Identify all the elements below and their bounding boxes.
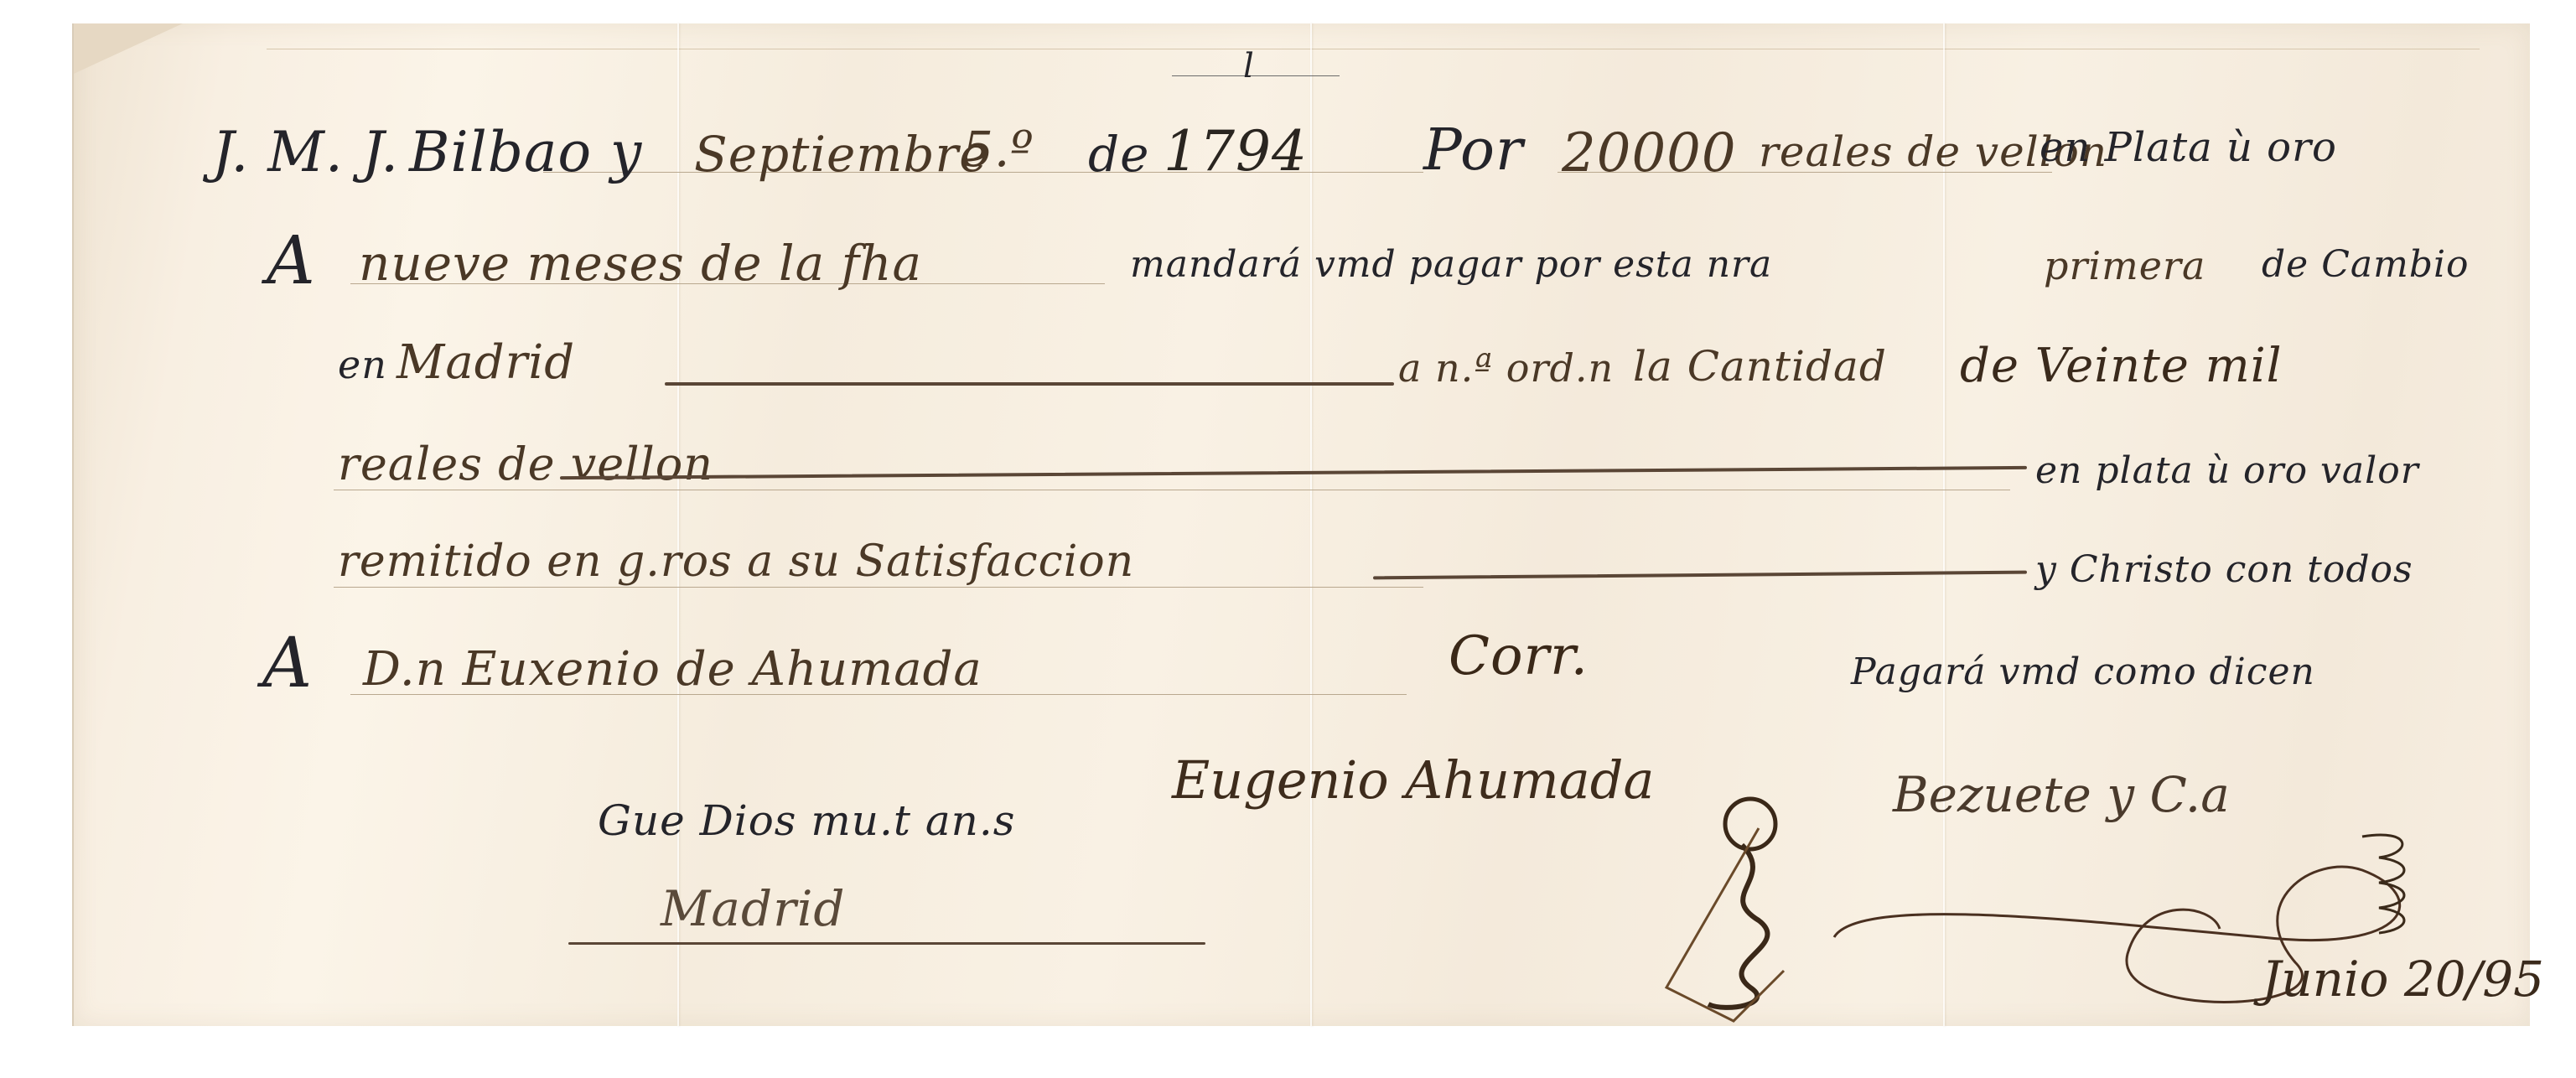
annotation-corr: Corr. (1449, 625, 1589, 687)
amount-words: de Veinte mil (1960, 339, 2283, 393)
closing-rule (568, 942, 1205, 945)
fill-rule (560, 466, 2027, 479)
term: nueve meses de la fha (359, 235, 922, 292)
printed-de-cambio: de Cambio (2262, 243, 2470, 286)
printed-a-addressee: A (262, 624, 313, 703)
top-mark: l (1243, 47, 1255, 86)
drawer-signature: Eugenio Ahumada (1172, 749, 1654, 811)
closing-place: Madrid (661, 880, 846, 937)
top-mark-line (1172, 75, 1340, 76)
invocation-jmj: J. M. J. (212, 120, 399, 184)
document-paper: l J. M. J. Bilbao y Septiembre 5.º de 17… (72, 23, 2530, 1026)
printed-christo: y Christo con todos (2035, 548, 2413, 591)
paper-fold (1310, 23, 1312, 1026)
printed-por: Por (1423, 117, 1523, 184)
amount-label: la Cantidad (1633, 342, 1887, 391)
value-clause: remitido en g.ros a su Satisfaccion (338, 536, 1134, 587)
printed-a: A (267, 221, 316, 299)
border-line (267, 49, 2480, 49)
corner-fold (74, 23, 183, 74)
amount-figures: 20000 (1562, 122, 1737, 184)
copy-primera: primera (2044, 243, 2205, 288)
printed-plata-oro: en Plata ù oro (2040, 124, 2337, 171)
printed-en: en (338, 342, 387, 387)
date-month: Septiembre (694, 126, 989, 183)
addressee-name: D.n Euxenio de Ahumada (363, 642, 982, 697)
place-bilbao: Bilbao y (409, 120, 642, 184)
endorsement-date: Junio 20/95 (2262, 951, 2544, 1008)
payment-place: Madrid (397, 335, 575, 390)
printed-mandara: mandará vmd pagar por esta nra (1130, 243, 1772, 286)
currency-line4: reales de vellon (338, 438, 713, 490)
printed-pagara: Pagará vmd como dicen (1851, 650, 2315, 693)
printed-valor: en plata ù oro valor (2035, 449, 2419, 492)
date-day: 5.º (962, 121, 1034, 178)
printed-de: de (1088, 126, 1149, 183)
paper-fold (677, 23, 679, 1026)
baseline (334, 587, 1423, 588)
printed-closing: Gue Dios mu.t an.s (598, 796, 1015, 845)
date-year: 1794 (1164, 119, 1308, 184)
fill-rule (1373, 571, 2027, 580)
fill-rule (665, 382, 1394, 386)
order-clause: a n.ª ord.n (1398, 345, 1614, 391)
